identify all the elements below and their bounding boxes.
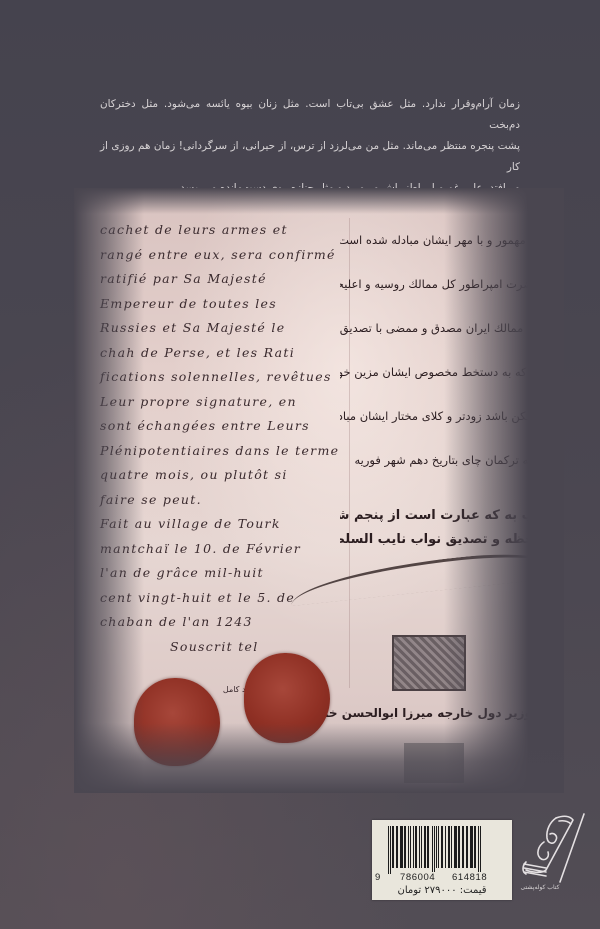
vignette-left	[74, 188, 144, 793]
book-quill-logo-icon	[516, 812, 586, 884]
barcode-icon	[386, 826, 498, 874]
vignette-bottom	[74, 723, 564, 793]
barcode-group-1: 786004	[398, 872, 437, 883]
blurb-text: زمان آرام‌وقرار ندارد. مثل عشق بی‌تاب اس…	[100, 94, 520, 199]
barcode-digits: 9 786004 614818	[374, 872, 510, 884]
vignette-top	[74, 188, 564, 214]
barcode-group-2: 614818	[450, 872, 489, 883]
price-label: قیمت: ۲۷۹۰۰۰ تومان	[372, 885, 512, 896]
publisher-name: كتاب كوله‌پشتی	[510, 884, 570, 891]
historical-treaty-document-image: cachet de leurs armes et rangé entre eux…	[74, 188, 564, 793]
barcode-first-digit: 9	[375, 872, 381, 883]
blurb-line: پشت پنجره منتظر می‌ماند. مثل من می‌لرزد …	[100, 136, 520, 178]
blurb-line: زمان آرام‌وقرار ندارد. مثل عشق بی‌تاب اس…	[100, 94, 520, 136]
book-back-cover: زمان آرام‌وقرار ندارد. مثل عشق بی‌تاب اس…	[0, 0, 600, 929]
vignette-right	[444, 188, 564, 793]
barcode-price-sticker: 9 786004 614818 قیمت: ۲۷۹۰۰۰ تومان	[372, 820, 512, 900]
